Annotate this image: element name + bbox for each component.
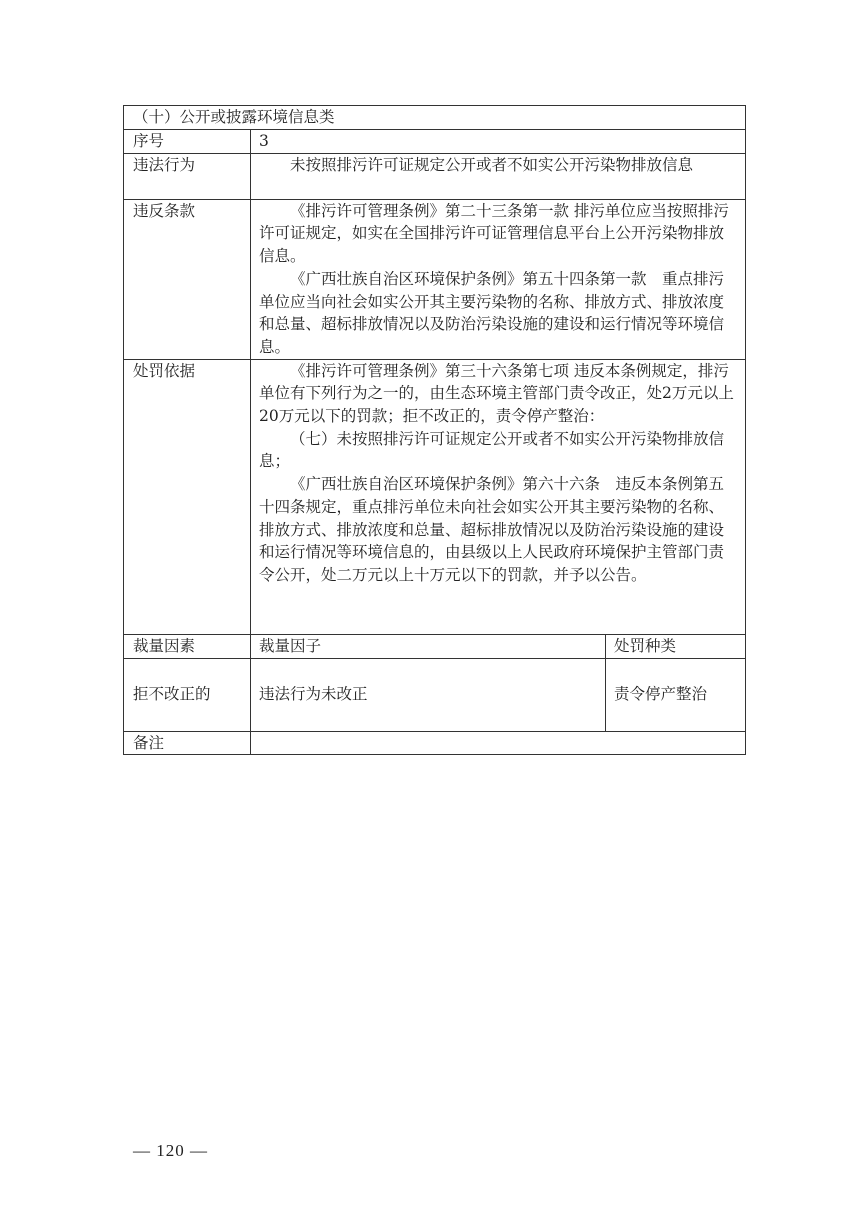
violated-provisions-label: 违反条款 xyxy=(124,199,251,359)
discretion-factor-header: 裁量因素 xyxy=(124,634,251,658)
penalty-discretion-table: （十）公开或披露环境信息类 序号 3 违法行为 未按照排污许可证规定公开或者不如… xyxy=(123,105,746,755)
provision-paragraph: 《排污许可管理条例》第二十三条第一款 排污单位应当按照排污许可证规定，如实在全国… xyxy=(259,200,739,268)
penalty-type-header: 处罚种类 xyxy=(606,634,746,658)
penalty-basis-label: 处罚依据 xyxy=(124,359,251,634)
discretion-factor: 拒不改正的 xyxy=(124,658,251,731)
penalty-basis-row: 处罚依据 《排污许可管理条例》第三十六条第七项 违反本条例规定，排污单位有下列行… xyxy=(124,359,746,634)
basis-paragraph: （七）未按照排污许可证规定公开或者不如实公开污染物排放信息； xyxy=(259,428,739,473)
serial-label: 序号 xyxy=(124,130,251,154)
remarks-label: 备注 xyxy=(124,731,251,755)
page-number: — 120 — xyxy=(133,1141,208,1161)
discretion-sub-factor-header: 裁量因子 xyxy=(251,634,606,658)
discretion-sub-factor: 违法行为未改正 xyxy=(251,658,606,731)
remarks-value xyxy=(251,731,746,755)
penalty-type: 责令停产整治 xyxy=(606,658,746,731)
penalty-basis-value: 《排污许可管理条例》第三十六条第七项 违反本条例规定，排污单位有下列行为之一的，… xyxy=(251,359,746,634)
violation-row: 违法行为 未按照排污许可证规定公开或者不如实公开污染物排放信息 xyxy=(124,153,746,199)
violated-provisions-value: 《排污许可管理条例》第二十三条第一款 排污单位应当按照排污许可证规定，如实在全国… xyxy=(251,199,746,359)
violation-text: 未按照排污许可证规定公开或者不如实公开污染物排放信息 xyxy=(259,154,739,177)
remarks-row: 备注 xyxy=(124,731,746,755)
basis-paragraph: 《排污许可管理条例》第三十六条第七项 违反本条例规定，排污单位有下列行为之一的，… xyxy=(259,360,739,428)
violated-provisions-row: 违反条款 《排污许可管理条例》第二十三条第一款 排污单位应当按照排污许可证规定，… xyxy=(124,199,746,359)
provision-paragraph: 《广西壮族自治区环境保护条例》第五十四条第一款 重点排污单位应当向社会如实公开其… xyxy=(259,268,739,359)
basis-paragraph: 《广西壮族自治区环境保护条例》第六十六条 违反本条例第五十四条规定，重点排污单位… xyxy=(259,473,739,587)
discretion-header-row: 裁量因素 裁量因子 处罚种类 xyxy=(124,634,746,658)
serial-row: 序号 3 xyxy=(124,130,746,154)
violation-value: 未按照排污许可证规定公开或者不如实公开污染物排放信息 xyxy=(251,153,746,199)
section-title-row: （十）公开或披露环境信息类 xyxy=(124,106,746,130)
violation-label: 违法行为 xyxy=(124,153,251,199)
section-title: （十）公开或披露环境信息类 xyxy=(124,106,746,130)
discretion-row: 拒不改正的 违法行为未改正 责令停产整治 xyxy=(124,658,746,731)
serial-value: 3 xyxy=(251,130,746,154)
